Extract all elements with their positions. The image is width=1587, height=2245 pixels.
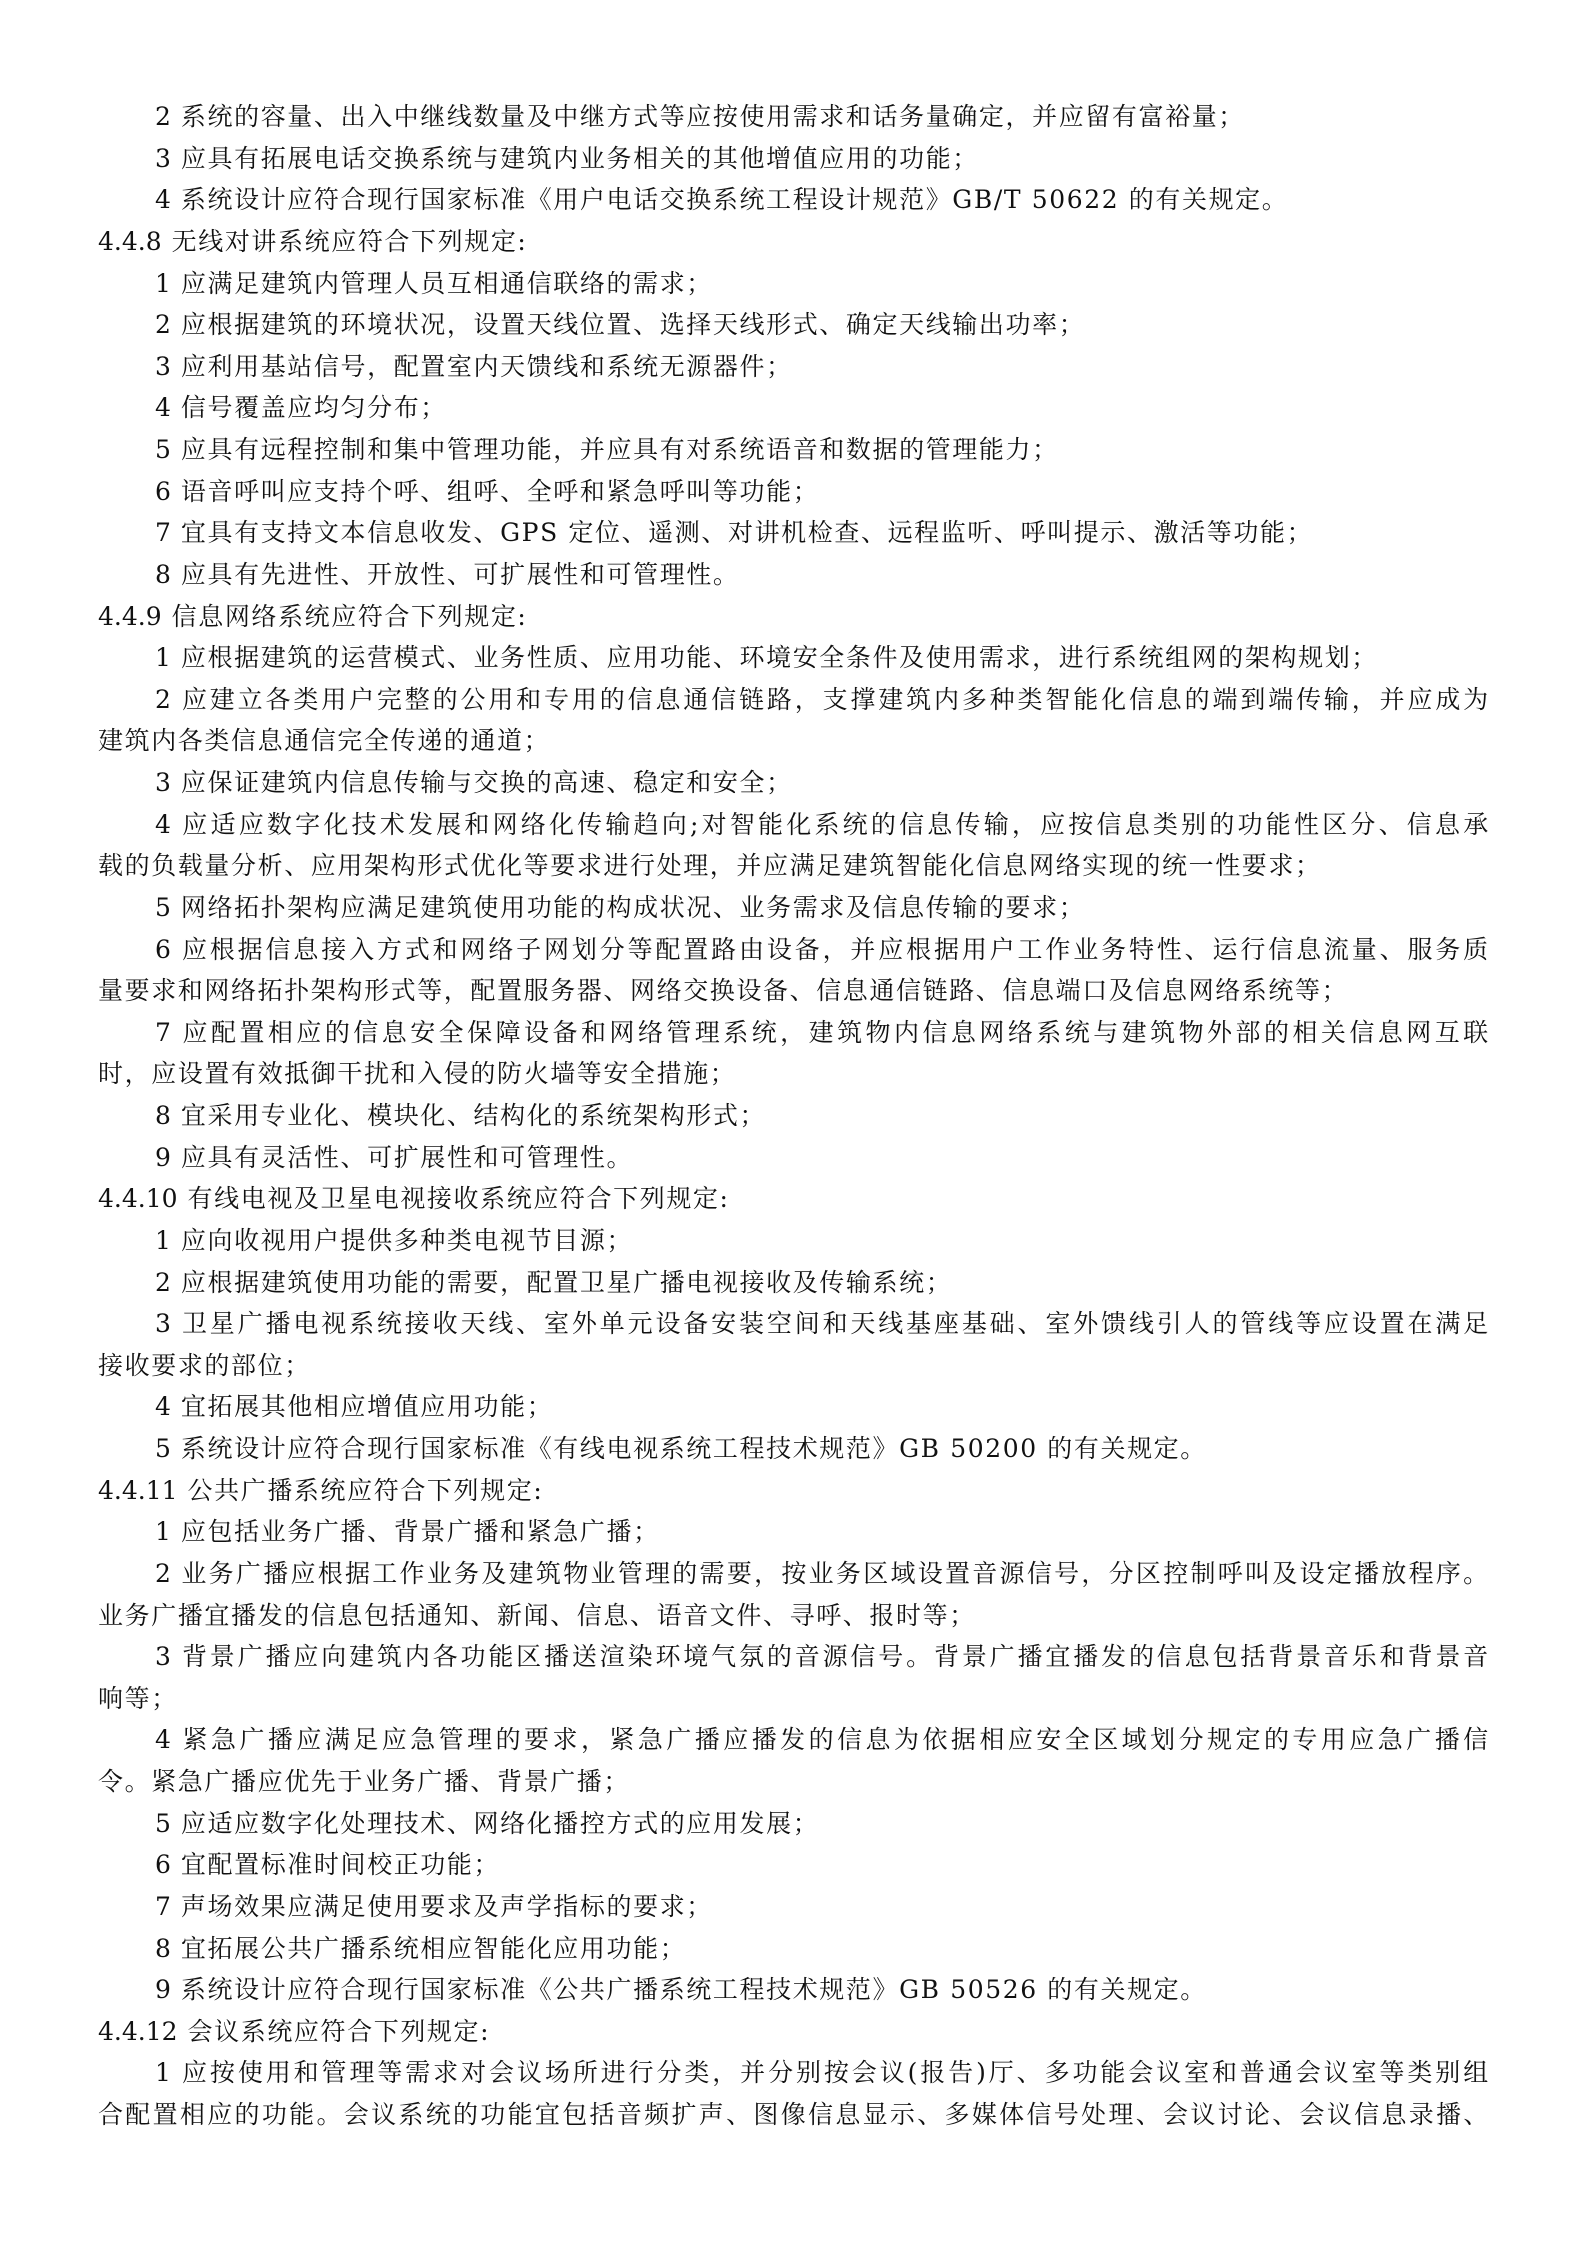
list-item: 3应具有拓展电话交换系统与建筑内业务相关的其他增值应用的功能； (98, 138, 1490, 180)
line-text: 量要求和网络拓扑架构形式等，配置服务器、网络交换设备、信息通信链路、信息端口及信… (98, 976, 1348, 1005)
line-text: 应适应数字化技术发展和网络化传输趋向;对智能化系统的信息传输，应按信息类别的功能… (181, 810, 1490, 839)
item-number: 2 (155, 1559, 171, 1588)
item-number: 7 (155, 1892, 171, 1921)
list-item: 5应具有远程控制和集中管理功能，并应具有对系统语音和数据的管理能力； (98, 429, 1490, 471)
item-number: 1 (155, 269, 171, 298)
section-number: 4.4.8 (98, 227, 162, 256)
continuation-line: 时，应设置有效抵御干扰和入侵的防火墙等安全措施； (98, 1053, 1490, 1095)
item-number: 4 (155, 1725, 171, 1754)
line-text: 有线电视及卫星电视接收系统应符合下列规定: (188, 1184, 730, 1213)
line-text: 声场效果应满足使用要求及声学指标的要求； (181, 1892, 713, 1921)
line-text: 应按使用和管理等需求对会议场所进行分类，并分别按会议(报告)厅、多功能会议室和普… (181, 2058, 1490, 2087)
line-text: 应利用基站信号，配置室内天馈线和系统无源器件； (181, 352, 793, 381)
list-item: 2应根据建筑的环境状况，设置天线位置、选择天线形式、确定天线输出功率； (98, 304, 1490, 346)
list-item: 4系统设计应符合现行国家标准《用户电话交换系统工程设计规范》GB/T 50622… (98, 179, 1490, 221)
continuation-line: 业务广播宜播发的信息包括通知、新闻、信息、语音文件、寻呼、报时等； (98, 1595, 1490, 1637)
item-number: 5 (155, 435, 171, 464)
list-item: 2应建立各类用户完整的公用和专用的信息通信链路，支撑建筑内多种类智能化信息的端到… (98, 679, 1490, 721)
item-number: 1 (155, 643, 171, 672)
item-number: 9 (155, 1143, 171, 1172)
continuation-line: 接收要求的部位； (98, 1345, 1490, 1387)
list-item: 8宜采用专业化、模块化、结构化的系统架构形式； (98, 1095, 1490, 1137)
section-heading: 4.4.10有线电视及卫星电视接收系统应符合下列规定: (98, 1178, 1490, 1220)
section-number: 4.4.11 (98, 1476, 178, 1505)
item-number: 4 (155, 185, 171, 214)
list-item: 4宜拓展其他相应增值应用功能； (98, 1386, 1490, 1428)
line-text: 宜拓展其他相应增值应用功能； (181, 1392, 553, 1421)
item-number: 8 (155, 560, 171, 589)
continuation-line: 载的负载量分析、应用架构形式优化等要求进行处理，并应满足建筑智能化信息网络实现的… (98, 845, 1490, 887)
line-text: 合配置相应的功能。会议系统的功能宜包括音频扩声、图像信息显示、多媒体信号处理、会… (98, 2100, 1490, 2129)
section-heading: 4.4.12会议系统应符合下列规定: (98, 2011, 1490, 2053)
line-text: 紧急广播应满足应急管理的要求，紧急广播应播发的信息为依据相应安全区域划分规定的专… (181, 1725, 1490, 1754)
line-text: 应根据建筑使用功能的需要，配置卫星广播电视接收及传输系统； (181, 1268, 952, 1297)
item-number: 1 (155, 1517, 171, 1546)
list-item: 4紧急广播应满足应急管理的要求，紧急广播应播发的信息为依据相应安全区域划分规定的… (98, 1719, 1490, 1761)
line-text: 应建立各类用户完整的公用和专用的信息通信链路，支撑建筑内多种类智能化信息的端到端… (181, 685, 1490, 714)
list-item: 6语音呼叫应支持个呼、组呼、全呼和紧急呼叫等功能； (98, 471, 1490, 513)
list-item: 7宜具有支持文本信息收发、GPS 定位、遥测、对讲机检查、远程监听、呼叫提示、激… (98, 512, 1490, 554)
list-item: 2应根据建筑使用功能的需要，配置卫星广播电视接收及传输系统； (98, 1262, 1490, 1304)
line-text: 建筑内各类信息通信完全传递的通道； (98, 726, 550, 755)
line-text: 宜配置标准时间校正功能； (181, 1850, 500, 1879)
line-text: 应具有拓展电话交换系统与建筑内业务相关的其他增值应用的功能； (181, 144, 979, 173)
list-item: 4应适应数字化技术发展和网络化传输趋向;对智能化系统的信息传输，应按信息类别的功… (98, 804, 1490, 846)
list-item: 5系统设计应符合现行国家标准《有线电视系统工程技术规范》GB 50200 的有关… (98, 1428, 1490, 1470)
item-number: 6 (155, 477, 171, 506)
list-item: 3背景广播应向建筑内各功能区播送渲染环境气氛的音源信号。背景广播宜播发的信息包括… (98, 1636, 1490, 1678)
line-text: 令。紧急广播应优先于业务广播、背景广播； (98, 1767, 630, 1796)
line-text: 应根据建筑的运营模式、业务性质、应用功能、环境安全条件及使用需求，进行系统组网的… (181, 643, 1378, 672)
item-number: 4 (155, 393, 171, 422)
section-heading: 4.4.9信息网络系统应符合下列规定: (98, 596, 1490, 638)
line-text: 应根据信息接入方式和网络子网划分等配置路由设备，并应根据用户工作业务特性、运行信… (181, 935, 1490, 964)
item-number: 3 (155, 144, 171, 173)
item-number: 7 (155, 518, 171, 547)
item-number: 3 (155, 768, 171, 797)
continuation-line: 量要求和网络拓扑架构形式等，配置服务器、网络交换设备、信息通信链路、信息端口及信… (98, 970, 1490, 1012)
item-number: 3 (155, 352, 171, 381)
line-text: 应根据建筑的环境状况，设置天线位置、选择天线形式、确定天线输出功率； (181, 310, 1085, 339)
continuation-line: 合配置相应的功能。会议系统的功能宜包括音频扩声、图像信息显示、多媒体信号处理、会… (98, 2094, 1490, 2136)
line-text: 应保证建筑内信息传输与交换的高速、稳定和安全； (181, 768, 793, 797)
line-text: 宜具有支持文本信息收发、GPS 定位、遥测、对讲机检查、远程监听、呼叫提示、激活… (181, 518, 1313, 547)
section-heading: 4.4.8无线对讲系统应符合下列规定: (98, 221, 1490, 263)
item-number: 8 (155, 1934, 171, 1963)
continuation-line: 建筑内各类信息通信完全传递的通道； (98, 720, 1490, 762)
list-item: 3卫星广播电视系统接收天线、室外单元设备安装空间和天线基座基础、室外馈线引人的管… (98, 1303, 1490, 1345)
section-number: 4.4.9 (98, 602, 162, 631)
list-item: 9应具有灵活性、可扩展性和可管理性。 (98, 1137, 1490, 1179)
item-number: 3 (155, 1309, 171, 1338)
line-text: 宜拓展公共广播系统相应智能化应用功能； (181, 1934, 686, 1963)
line-text: 信息网络系统应符合下列规定: (172, 602, 528, 631)
line-text: 应向收视用户提供多种类电视节目源； (181, 1226, 633, 1255)
line-text: 应具有远程控制和集中管理功能，并应具有对系统语音和数据的管理能力； (181, 435, 1059, 464)
list-item: 9系统设计应符合现行国家标准《公共广播系统工程技术规范》GB 50526 的有关… (98, 1969, 1490, 2011)
item-number: 5 (155, 893, 171, 922)
list-item: 1应向收视用户提供多种类电视节目源； (98, 1220, 1490, 1262)
list-item: 8宜拓展公共广播系统相应智能化应用功能； (98, 1928, 1490, 1970)
continuation-line: 令。紧急广播应优先于业务广播、背景广播； (98, 1761, 1490, 1803)
list-item: 8应具有先进性、开放性、可扩展性和可管理性。 (98, 554, 1490, 596)
line-text: 语音呼叫应支持个呼、组呼、全呼和紧急呼叫等功能； (181, 477, 819, 506)
list-item: 6应根据信息接入方式和网络子网划分等配置路由设备，并应根据用户工作业务特性、运行… (98, 929, 1490, 971)
continuation-line: 响等； (98, 1678, 1490, 1720)
line-text: 响等； (98, 1684, 178, 1713)
list-item: 3应保证建筑内信息传输与交换的高速、稳定和安全； (98, 762, 1490, 804)
item-number: 8 (155, 1101, 171, 1130)
line-text: 网络拓扑架构应满足建筑使用功能的构成状况、业务需求及信息传输的要求； (181, 893, 1085, 922)
item-number: 3 (155, 1642, 171, 1671)
line-text: 公共广播系统应符合下列规定: (188, 1476, 544, 1505)
list-item: 1应满足建筑内管理人员互相通信联络的需求； (98, 263, 1490, 305)
list-item: 1应按使用和管理等需求对会议场所进行分类，并分别按会议(报告)厅、多功能会议室和… (98, 2052, 1490, 2094)
list-item: 1应根据建筑的运营模式、业务性质、应用功能、环境安全条件及使用需求，进行系统组网… (98, 637, 1490, 679)
list-item: 7声场效果应满足使用要求及声学指标的要求； (98, 1886, 1490, 1928)
line-text: 业务广播应根据工作业务及建筑物业管理的需要，按业务区域设置音源信号，分区控制呼叫… (181, 1559, 1490, 1588)
line-text: 应包括业务广播、背景广播和紧急广播； (181, 1517, 660, 1546)
item-number: 6 (155, 935, 171, 964)
line-text: 应具有先进性、开放性、可扩展性和可管理性。 (181, 560, 740, 589)
list-item: 2业务广播应根据工作业务及建筑物业管理的需要，按业务区域设置音源信号，分区控制呼… (98, 1553, 1490, 1595)
list-item: 6宜配置标准时间校正功能； (98, 1844, 1490, 1886)
line-text: 无线对讲系统应符合下列规定: (172, 227, 528, 256)
line-text: 会议系统应符合下列规定: (188, 2017, 491, 2046)
line-text: 业务广播宜播发的信息包括通知、新闻、信息、语音文件、寻呼、报时等； (98, 1601, 976, 1630)
list-item: 2系统的容量、出入中继线数量及中继方式等应按使用需求和话务量确定，并应留有富裕量… (98, 96, 1490, 138)
item-number: 2 (155, 310, 171, 339)
item-number: 2 (155, 102, 171, 131)
line-text: 接收要求的部位； (98, 1351, 311, 1380)
item-number: 2 (155, 685, 171, 714)
line-text: 应具有灵活性、可扩展性和可管理性。 (181, 1143, 633, 1172)
document-page: 2系统的容量、出入中继线数量及中继方式等应按使用需求和话务量确定，并应留有富裕量… (98, 96, 1490, 2136)
item-number: 5 (155, 1434, 171, 1463)
list-item: 5应适应数字化处理技术、网络化播控方式的应用发展； (98, 1803, 1490, 1845)
line-text: 应配置相应的信息安全保障设备和网络管理系统，建筑物内信息网络系统与建筑物外部的相… (181, 1018, 1490, 1047)
line-text: 信号覆盖应均匀分布； (181, 393, 447, 422)
line-text: 系统的容量、出入中继线数量及中继方式等应按使用需求和话务量确定，并应留有富裕量； (181, 102, 1245, 131)
line-text: 载的负载量分析、应用架构形式优化等要求进行处理，并应满足建筑智能化信息网络实现的… (98, 851, 1322, 880)
line-text: 时，应设置有效抵御干扰和入侵的防火墙等安全措施； (98, 1059, 736, 1088)
item-number: 2 (155, 1268, 171, 1297)
item-number: 9 (155, 1975, 171, 2004)
line-text: 应适应数字化处理技术、网络化播控方式的应用发展； (181, 1809, 819, 1838)
line-text: 宜采用专业化、模块化、结构化的系统架构形式； (181, 1101, 766, 1130)
section-number: 4.4.10 (98, 1184, 178, 1213)
list-item: 4信号覆盖应均匀分布； (98, 387, 1490, 429)
list-item: 5网络拓扑架构应满足建筑使用功能的构成状况、业务需求及信息传输的要求； (98, 887, 1490, 929)
line-text: 系统设计应符合现行国家标准《有线电视系统工程技术规范》GB 50200 的有关规… (181, 1434, 1207, 1463)
section-heading: 4.4.11公共广播系统应符合下列规定: (98, 1470, 1490, 1512)
line-text: 卫星广播电视系统接收天线、室外单元设备安装空间和天线基座基础、室外馈线引人的管线… (181, 1309, 1490, 1338)
item-number: 1 (155, 2058, 171, 2087)
list-item: 7应配置相应的信息安全保障设备和网络管理系统，建筑物内信息网络系统与建筑物外部的… (98, 1012, 1490, 1054)
line-text: 背景广播应向建筑内各功能区播送渲染环境气氛的音源信号。背景广播宜播发的信息包括背… (181, 1642, 1490, 1671)
list-item: 3应利用基站信号，配置室内天馈线和系统无源器件； (98, 346, 1490, 388)
line-text: 系统设计应符合现行国家标准《公共广播系统工程技术规范》GB 50526 的有关规… (181, 1975, 1207, 2004)
item-number: 7 (155, 1018, 171, 1047)
line-text: 应满足建筑内管理人员互相通信联络的需求； (181, 269, 713, 298)
item-number: 6 (155, 1850, 171, 1879)
list-item: 1应包括业务广播、背景广播和紧急广播； (98, 1511, 1490, 1553)
item-number: 1 (155, 1226, 171, 1255)
item-number: 5 (155, 1809, 171, 1838)
item-number: 4 (155, 1392, 171, 1421)
section-number: 4.4.12 (98, 2017, 178, 2046)
line-text: 系统设计应符合现行国家标准《用户电话交换系统工程设计规范》GB/T 50622 … (181, 185, 1288, 214)
item-number: 4 (155, 810, 171, 839)
